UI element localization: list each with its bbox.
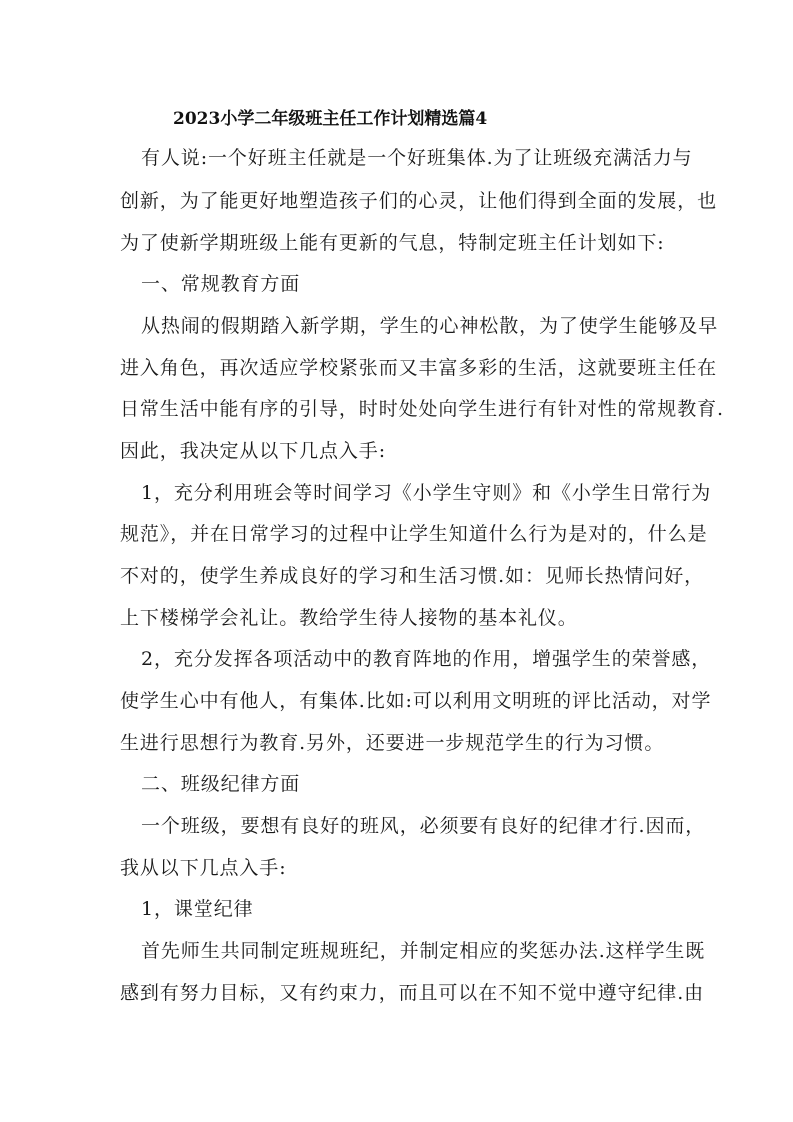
- paragraph-line: 创新，为了能更好地塑造孩子们的心灵，让他们得到全面的发展，也: [120, 189, 717, 213]
- paragraph-line: 我从以下几点入手:: [120, 856, 287, 880]
- paragraph-line: 日常生活中能有序的引导，时时处处向学生进行有针对性的常规教育.: [120, 397, 724, 421]
- document-title: 2023小学二年级班主任工作计划精选篇4: [173, 104, 487, 129]
- paragraph-line: 上下楼梯学会礼让。教给学生待人接物的基本礼仪。: [120, 606, 578, 630]
- section-heading: 一、常规教育方面: [141, 272, 300, 296]
- paragraph-line: 1，充分利用班会等时间学习《小学生守则》和《小学生日常行为: [141, 481, 711, 505]
- paragraph-line: 因此，我决定从以下几点入手:: [120, 439, 386, 463]
- document-page: 2023小学二年级班主任工作计划精选篇4 有人说:一个好班主任就是一个好班集体.…: [0, 0, 793, 1122]
- paragraph-line: 从热闹的假期踏入新学期，学生的心神松散，为了使学生能够及早: [141, 314, 718, 338]
- section-heading: 二、班级纪律方面: [141, 772, 300, 796]
- paragraph-line: 一个班级，要想有良好的班风，必须要有良好的纪律才行.因而，: [141, 814, 705, 838]
- subsection-heading: 1，课堂纪律: [141, 897, 254, 921]
- paragraph-line: 感到有努力目标，又有约束力，而且可以在不知不觉中遵守纪律.由: [120, 981, 704, 1005]
- paragraph-line: 使学生心中有他人，有集体.比如:可以利用文明班的评比活动，对学: [120, 689, 711, 713]
- paragraph-line: 首先师生共同制定班规班纪，并制定相应的奖惩办法.这样学生既: [141, 939, 705, 963]
- paragraph-line: 不对的，使学生养成良好的学习和生活习惯.如：见师长热情问好，: [120, 564, 704, 588]
- paragraph-line: 有人说:一个好班主任就是一个好班集体.为了让班级充满活力与: [141, 146, 693, 170]
- paragraph-line: 为了使新学期班级上能有更新的气息，特制定班主任计划如下:: [120, 231, 665, 255]
- paragraph-line: 规范》，并在日常学习的过程中让学生知道什么行为是对的，什么是: [120, 522, 708, 546]
- paragraph-line: 2，充分发挥各项活动中的教育阵地的作用，增强学生的荣誉感，: [141, 647, 711, 671]
- paragraph-line: 进入角色，再次适应学校紧张而又丰富多彩的生活，这就要班主任在: [120, 356, 717, 380]
- paragraph-line: 生进行思想行为教育.另外，还要进一步规范学生的行为习惯。: [120, 731, 664, 755]
